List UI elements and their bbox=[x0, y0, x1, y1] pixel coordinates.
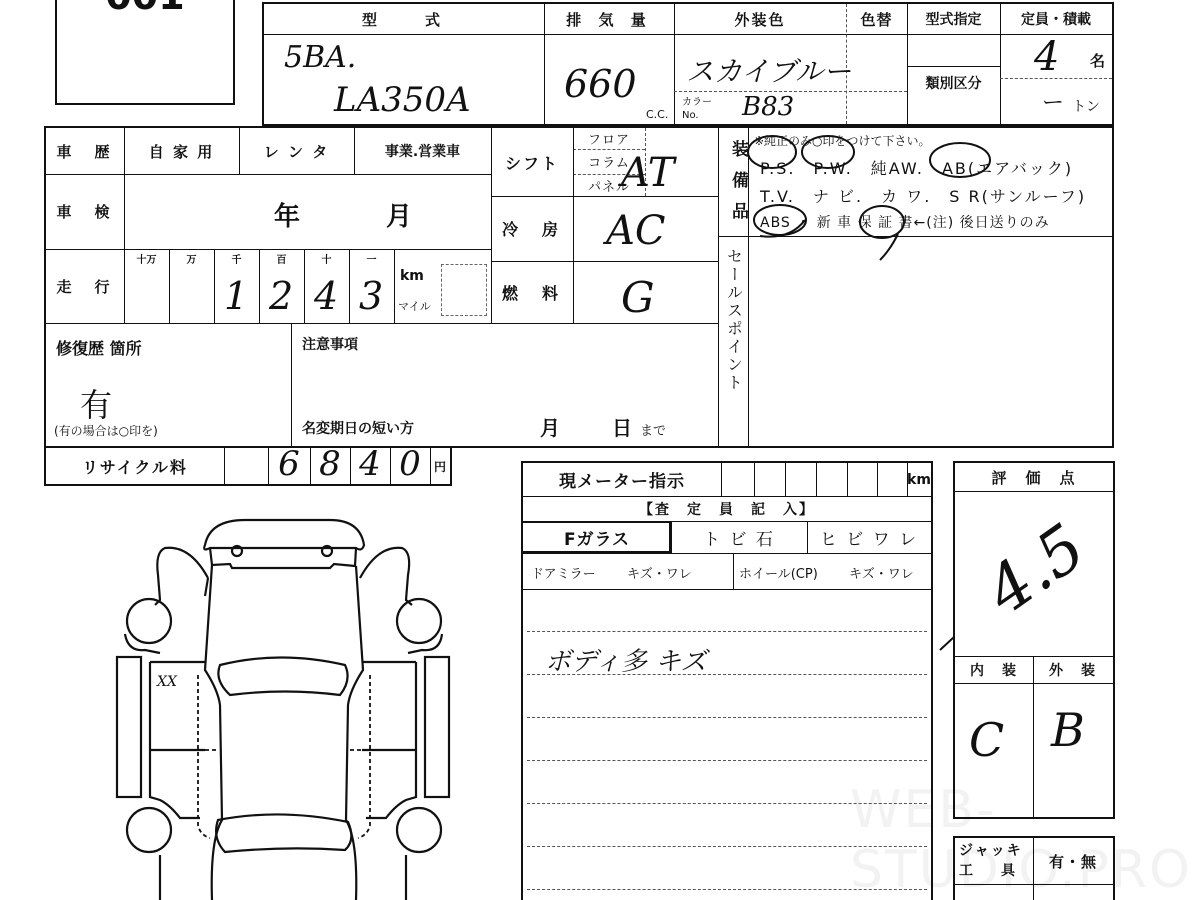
score-value: 4.5 bbox=[973, 511, 1099, 630]
inspector-note-line bbox=[527, 631, 927, 632]
interior-score: C bbox=[969, 713, 1004, 767]
score-box: 評 価 点 4.5 内 装 外 装 C B bbox=[953, 461, 1115, 819]
inspector-note-line bbox=[527, 760, 927, 761]
fglass-option-chip[interactable]: ト ビ 石 bbox=[671, 521, 807, 553]
fglass-label: Fガラス bbox=[523, 521, 671, 553]
diagram-damage-mark: XX bbox=[157, 674, 177, 690]
wheel-label: ホイール(CP) bbox=[739, 563, 818, 582]
mirror-options[interactable]: キズ・ワレ bbox=[627, 563, 692, 582]
inspector-handwritten-note: ボディ多 キズ bbox=[545, 641, 707, 678]
exterior-label: 外 装 bbox=[1033, 656, 1113, 683]
interior-label: 内 装 bbox=[955, 656, 1033, 683]
mirror-label: ドアミラー bbox=[531, 563, 596, 582]
exterior-score: B bbox=[1051, 703, 1085, 757]
fglass-option-crack[interactable]: ヒ ビ ワ レ bbox=[807, 521, 931, 553]
watermark: WEB-STUDIO.PRO bbox=[850, 780, 1200, 900]
inspector-title: 【査 定 員 記 入】 bbox=[523, 496, 931, 521]
score-label: 評 価 点 bbox=[955, 463, 1113, 491]
inspector-note-line bbox=[527, 717, 927, 718]
wheel-options[interactable]: キズ・ワレ bbox=[849, 563, 914, 582]
meter-unit: km bbox=[907, 463, 931, 496]
meter-label: 現メーター指示 bbox=[523, 463, 721, 496]
